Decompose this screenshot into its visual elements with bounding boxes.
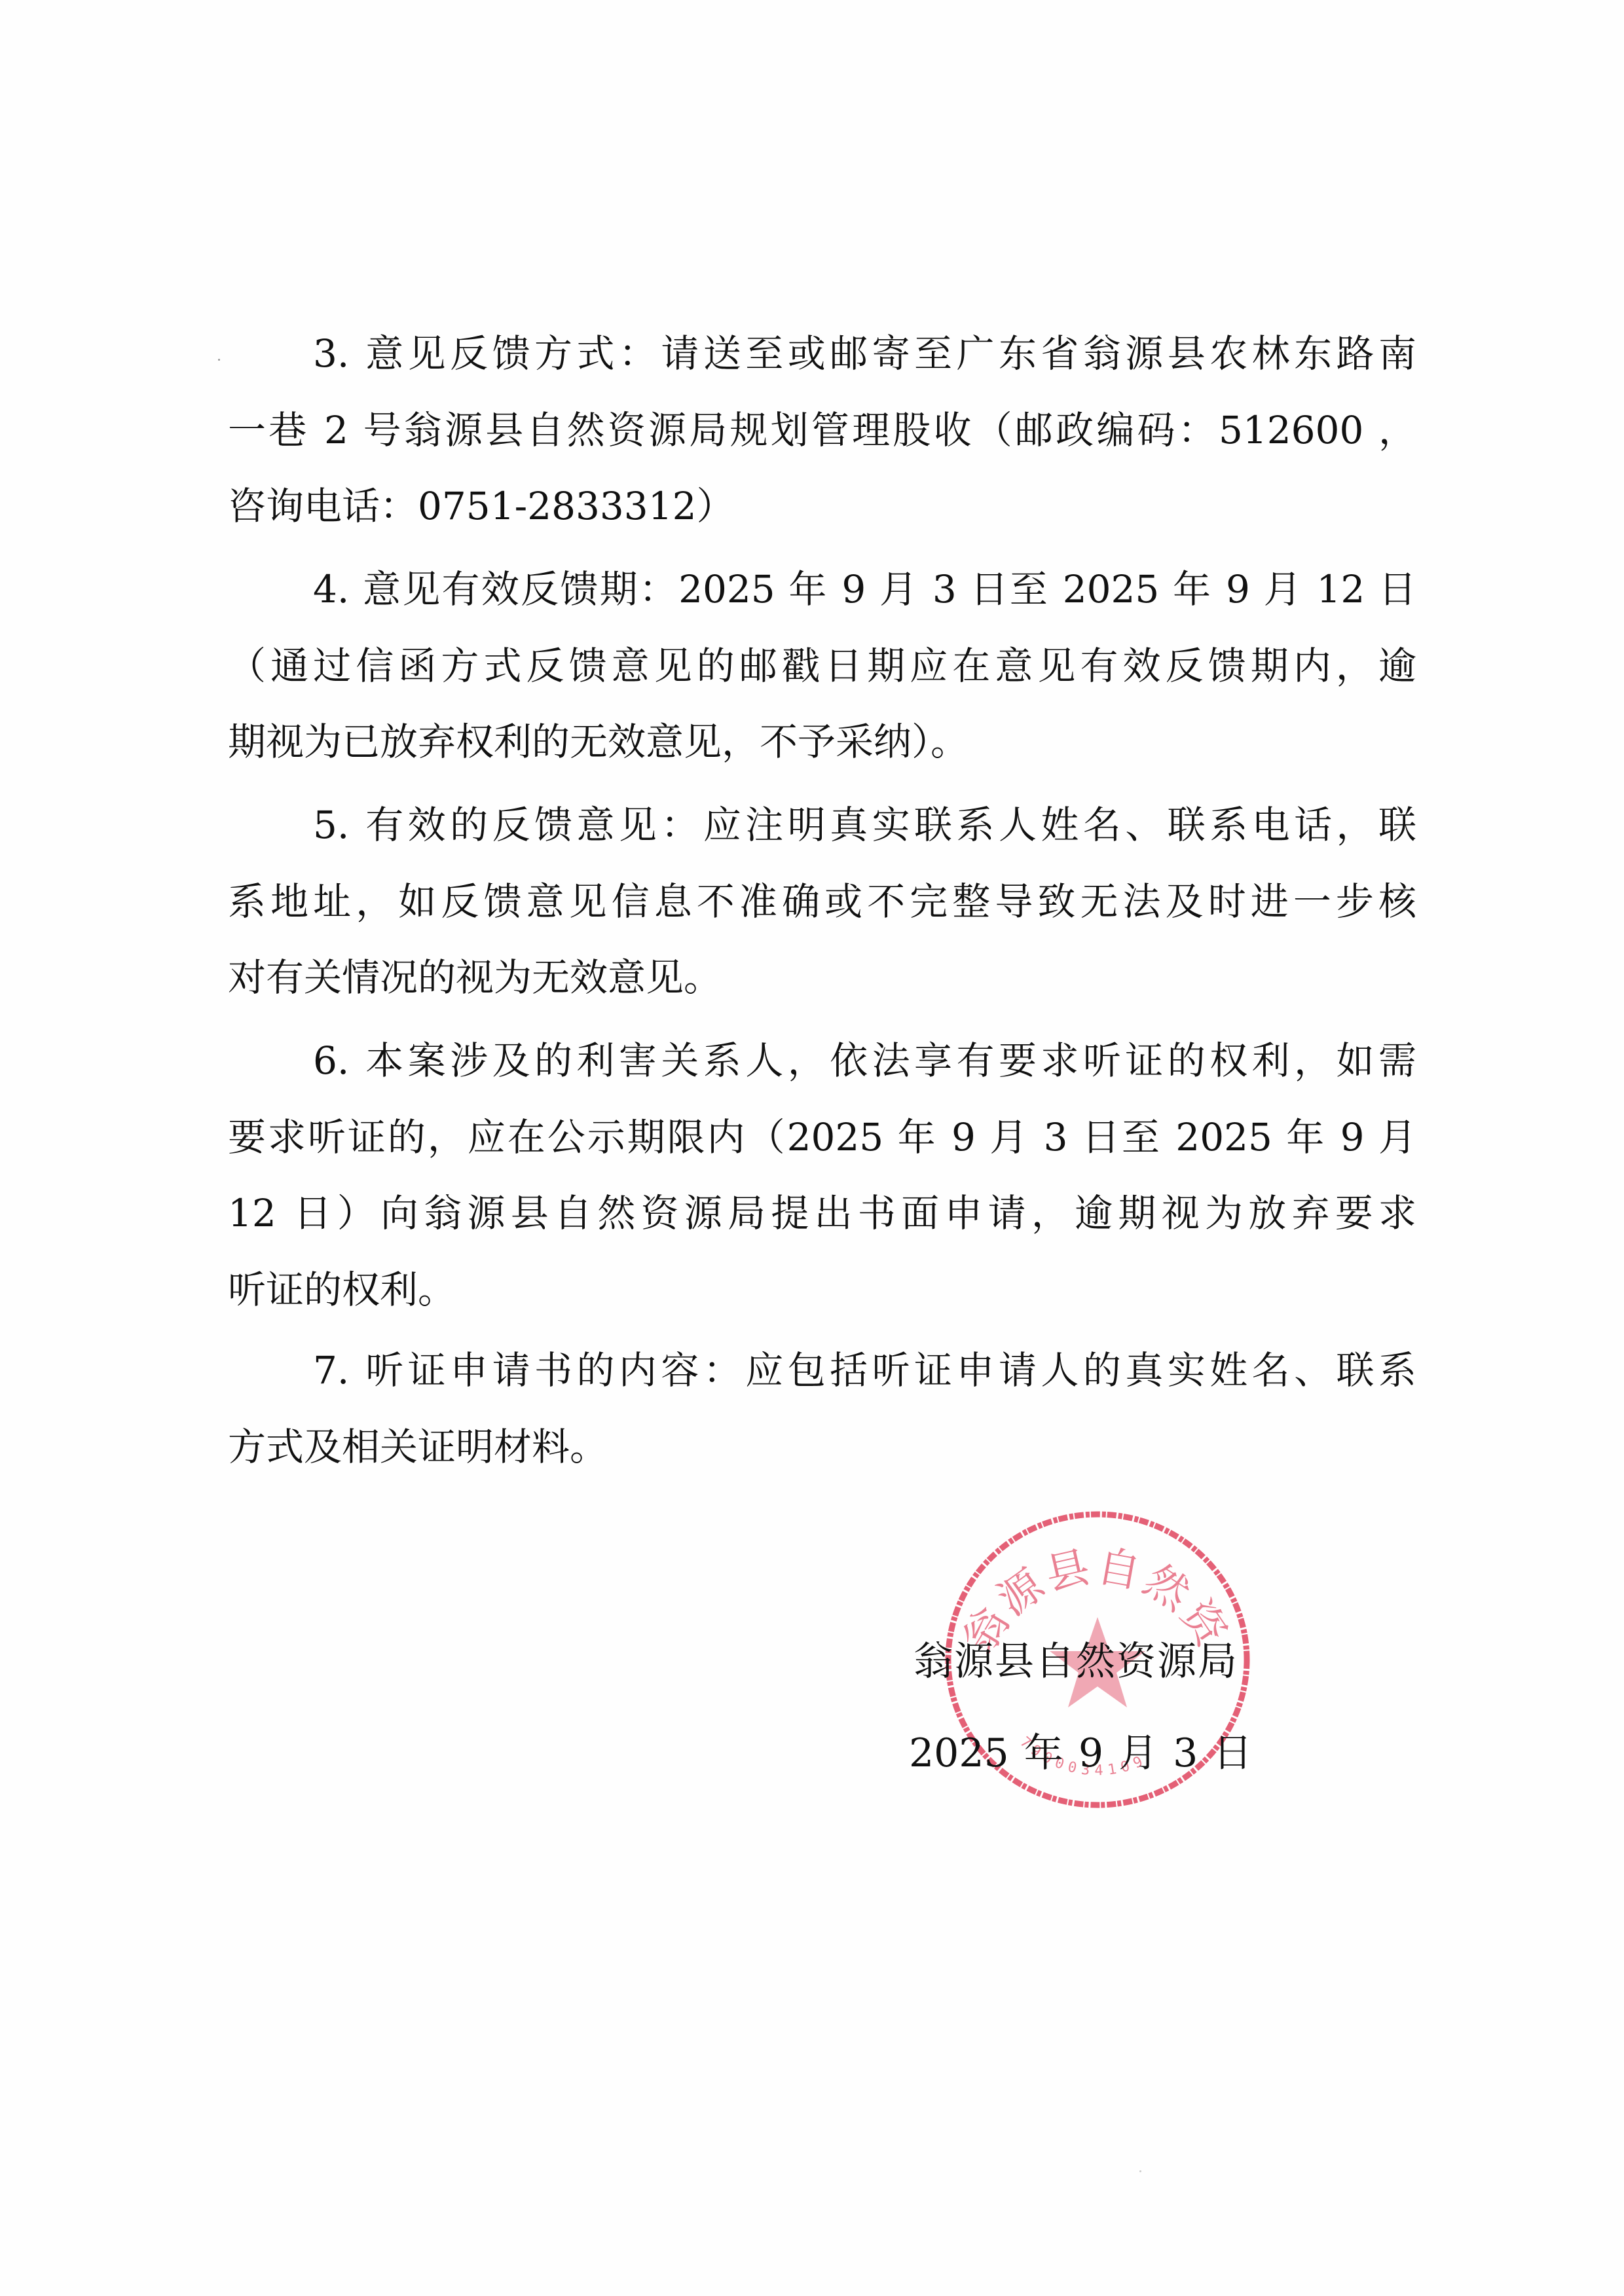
scan-speck: [218, 359, 220, 361]
paragraph-line: 12 日）向翁源县自然资源局提出书面申请，逾期视为放弃要求: [228, 1180, 1416, 1246]
paragraph-line: 要求听证的，应在公示期限内（2025 年 9 月 3 日至 2025 年 9 月: [228, 1104, 1416, 1170]
paragraph-line: 对有关情况的视为无效意见。: [228, 945, 1416, 1010]
paragraph-line: 7. 听证申请书的内容：应包括听证申请人的真实姓名、联系: [313, 1338, 1416, 1403]
paragraph-line: （通过信函方式反馈意见的邮戳日期应在意见有效反馈期内，逾: [228, 633, 1416, 699]
paragraph-line: 3. 意见反馈方式：请送至或邮寄至广东省翁源县农林东路南: [313, 321, 1416, 386]
paragraph-line: 听证的权利。: [228, 1257, 1416, 1322]
paragraph-line: 咨询电话：0751-2833312）: [228, 473, 1416, 539]
signature-date: 2025 年 9 月 3 日: [909, 1721, 1252, 1786]
paragraph-line: 6. 本案涉及的利害关系人，依法享有要求听证的权利，如需: [313, 1028, 1416, 1093]
paragraph-line: 方式及相关证明材料。: [228, 1414, 1416, 1480]
signature-organization: 翁源县自然资源局: [913, 1629, 1238, 1694]
paragraph-line: 5. 有效的反馈意见：应注明真实联系人姓名、联系电话，联: [313, 792, 1416, 858]
scan-speck: [1139, 2170, 1141, 2172]
paragraph-line: 系地址，如反馈意见信息不准确或不完整导致无法及时进一步核: [228, 869, 1416, 934]
document-page: 3. 意见反馈方式：请送至或邮寄至广东省翁源县农林东路南 一巷 2 号翁源县自然…: [0, 0, 1624, 2296]
paragraph-line: 期视为已放弃权利的无效意见，不予采纳）。: [228, 709, 1416, 774]
paragraph-line: 一巷 2 号翁源县自然资源局规划管理股收（邮政编码：512600 ，: [228, 397, 1416, 463]
paragraph-line: 4. 意见有效反馈期：2025 年 9 月 3 日至 2025 年 9 月 12…: [313, 556, 1416, 622]
